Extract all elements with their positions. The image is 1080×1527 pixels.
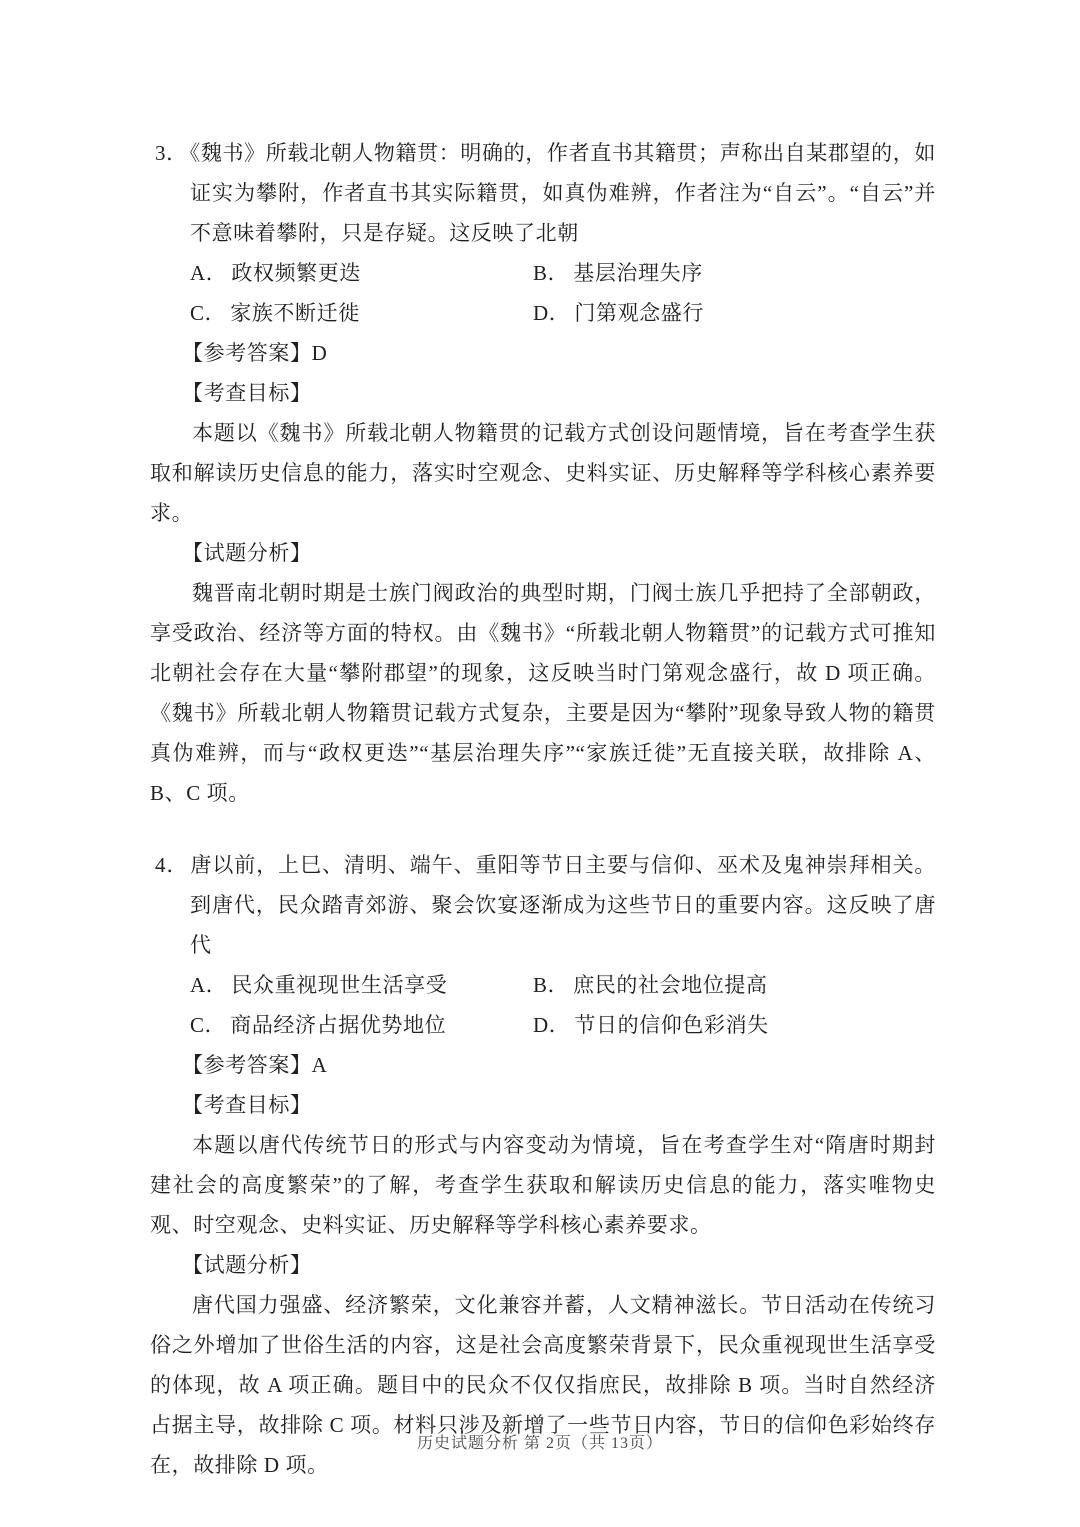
option-row: A．政权频繁更迭 B．基层治理失序: [190, 253, 936, 293]
question-3-number: 3．: [155, 141, 188, 165]
option-a-label: A．: [190, 973, 227, 997]
question-4-number: 4．: [155, 853, 188, 877]
question-4: 4．唐以前，上巳、清明、端午、重阳等节日主要与信仰、巫术及鬼神崇拜相关。到唐代，…: [150, 845, 936, 1485]
question-3-objective-header: 【考查目标】: [150, 373, 936, 413]
option-c-text: 家族不断迁徙: [230, 301, 360, 325]
question-4-objective-header: 【考查目标】: [150, 1085, 936, 1125]
option-b-text: 基层治理失序: [573, 261, 703, 285]
page-footer: 历史试题分析 第 2页（共 13页）: [0, 1432, 1080, 1456]
option-row: C．家族不断迁徙 D．门第观念盛行: [190, 293, 936, 333]
question-3-option-a: A．政权频繁更迭: [190, 253, 533, 293]
question-3-stem-text: 《魏书》所载北朝人物籍贯：明确的，作者直书其籍贯；声称出自某郡望的，如证实为攀附…: [190, 141, 936, 245]
question-4-stem-text: 唐以前，上巳、清明、端午、重阳等节日主要与信仰、巫术及鬼神崇拜相关。到唐代，民众…: [190, 853, 936, 957]
question-3-objective-text: 本题以《魏书》所载北朝人物籍贯的记载方式创设问题情境，旨在考查学生获取和解读历史…: [150, 413, 936, 533]
document-page: 3．《魏书》所载北朝人物籍贯：明确的，作者直书其籍贯；声称出自某郡望的，如证实为…: [0, 0, 1080, 1527]
option-b-label: B．: [533, 261, 569, 285]
question-4-option-b: B．庶民的社会地位提高: [533, 965, 936, 1005]
question-3-option-b: B．基层治理失序: [533, 253, 936, 293]
option-a-label: A．: [190, 261, 227, 285]
option-d-text: 门第观念盛行: [574, 301, 704, 325]
question-4-option-c: C．商品经济占据优势地位: [190, 1005, 533, 1045]
option-d-label: D．: [533, 1013, 570, 1037]
question-3-options: A．政权频繁更迭 B．基层治理失序 C．家族不断迁徙 D．门第观念盛行: [150, 253, 936, 333]
question-4-objective-text: 本题以唐代传统节日的形式与内容变动为情境，旨在考查学生对“隋唐时期封建社会的高度…: [150, 1125, 936, 1245]
option-d-label: D．: [533, 301, 570, 325]
question-3-option-d: D．门第观念盛行: [533, 293, 936, 333]
option-a-text: 政权频繁更迭: [231, 261, 361, 285]
question-4-analysis-header: 【试题分析】: [150, 1245, 936, 1285]
page-content: 3．《魏书》所载北朝人物籍贯：明确的，作者直书其籍贯；声称出自某郡望的，如证实为…: [150, 133, 936, 1485]
question-4-answer-line: 【参考答案】A: [150, 1045, 936, 1085]
question-4-answer: A: [312, 1053, 328, 1077]
option-d-text: 节日的信仰色彩消失: [574, 1013, 768, 1037]
option-row: C．商品经济占据优势地位 D．节日的信仰色彩消失: [190, 1005, 936, 1045]
question-3-analysis-header: 【试题分析】: [150, 533, 936, 573]
option-row: A．民众重视现世生活享受 B．庶民的社会地位提高: [190, 965, 936, 1005]
option-c-label: C．: [190, 301, 226, 325]
question-4-options: A．民众重视现世生活享受 B．庶民的社会地位提高 C．商品经济占据优势地位 D．…: [150, 965, 936, 1045]
question-4-option-d: D．节日的信仰色彩消失: [533, 1005, 936, 1045]
question-3-stem: 3．《魏书》所载北朝人物籍贯：明确的，作者直书其籍贯；声称出自某郡望的，如证实为…: [150, 133, 936, 253]
question-4-option-a: A．民众重视现世生活享受: [190, 965, 533, 1005]
question-3-analysis-text: 魏晋南北朝时期是士族门阀政治的典型时期，门阀士族几乎把持了全部朝政，享受政治、经…: [150, 573, 936, 813]
question-3-answer: D: [312, 341, 328, 365]
option-c-label: C．: [190, 1013, 226, 1037]
option-c-text: 商品经济占据优势地位: [230, 1013, 446, 1037]
question-3-option-c: C．家族不断迁徙: [190, 293, 533, 333]
option-b-label: B．: [533, 973, 569, 997]
question-4-stem: 4．唐以前，上巳、清明、端午、重阳等节日主要与信仰、巫术及鬼神崇拜相关。到唐代，…: [150, 845, 936, 965]
question-3-answer-line: 【参考答案】D: [150, 333, 936, 373]
answer-header: 【参考答案】: [182, 1053, 312, 1077]
question-3: 3．《魏书》所载北朝人物籍贯：明确的，作者直书其籍贯；声称出自某郡望的，如证实为…: [150, 133, 936, 813]
answer-header: 【参考答案】: [182, 341, 312, 365]
option-b-text: 庶民的社会地位提高: [573, 973, 767, 997]
option-a-text: 民众重视现世生活享受: [231, 973, 447, 997]
